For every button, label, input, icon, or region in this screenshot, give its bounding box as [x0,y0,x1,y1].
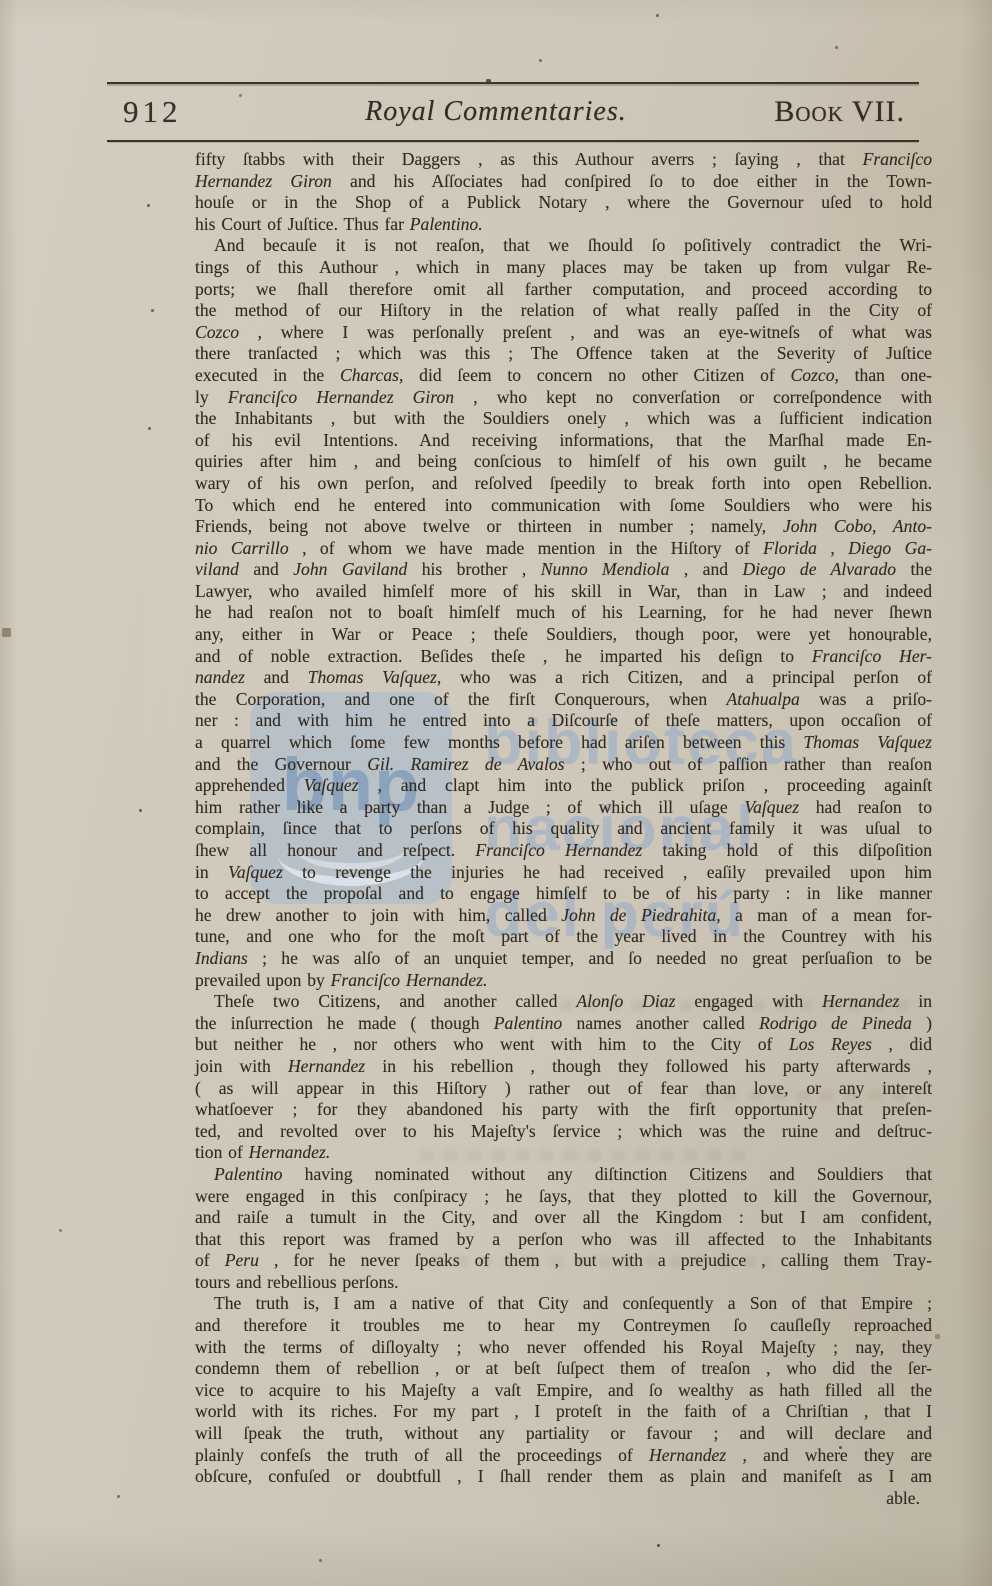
text-line: any, either in War or Peace ; theſe Soul… [195,624,932,646]
text-line: fifty ſtabbs with their Daggers , as thi… [195,149,932,171]
body-text: fifty ſtabbs with their Daggers , as thi… [195,149,932,1509]
text-line: ner : and with him he entred into a Diſc… [195,710,932,732]
text-line: Friends, being not above twelve or thirt… [195,516,932,538]
text-line: ( as will appear in this Hiſtory ) rathe… [195,1078,932,1100]
text-line: nio Carrillo , of whom we have made ment… [195,538,932,560]
text-line: him rather like a party than a Judge ; o… [195,797,932,819]
text-line: with the terms of diſloyalty ; who never… [195,1337,932,1359]
text-line: the Corporation, and one of the firſt Co… [195,689,932,711]
text-line: and the Governour Gil. Ramirez de Avalos… [195,754,932,776]
text-line: world with its riches. For my part , I p… [195,1401,932,1423]
text-line: tion of Hernandez. [195,1142,932,1164]
paragraph: The truth is, I am a native of that City… [195,1293,932,1487]
text-line: Indians ; he was alſo of an unquiet temp… [195,948,932,970]
text-line: And becauſe it is not reaſon, that we ſh… [195,235,932,257]
running-title: Royal Commentaries. [365,96,627,128]
text-line: the Inhabitants , but with the Souldiers… [195,408,932,430]
text-line: executed in the Charcas, did ſeem to con… [195,365,932,387]
text-line: of his evil Intentions. And receiving in… [195,430,932,452]
text-line: but neither he , nor others who went wit… [195,1034,932,1056]
text-line: and therefore it troubles me to hear my … [195,1315,932,1337]
header-rule-top [107,82,919,84]
text-line: prevailed upon by Franciſco Hernandez. [195,970,932,992]
text-line: complain, ſince that to perſons of his q… [195,818,932,840]
text-line: join with Hernandez in his rebellion , t… [195,1056,932,1078]
text-line: Lawyer, who availed himſelf more of his … [195,581,932,603]
paragraph: Theſe two Citizens, and another called A… [195,991,932,1164]
text-line: apprehended Vaſquez , and clapt him into… [195,775,932,797]
text-line: vice to acquire to his Majeſty a vaſt Em… [195,1380,932,1402]
text-line: there tranſacted ; which was this ; The … [195,343,932,365]
paper-specks [0,0,1,1]
text-line: tune, and one who for the moſt part of t… [195,926,932,948]
text-line: in Vaſquez to revenge the injuries he ha… [195,862,932,884]
text-line: to accept the propoſal and to engage him… [195,883,932,905]
text-line: he drew another to join with him, called… [195,905,932,927]
text-line: he had reaſon not to boaſt himſelf much … [195,602,932,624]
text-line: Palentino having nominated without any d… [195,1164,932,1186]
text-line: Cozco , where I was perſonally preſent ,… [195,322,932,344]
text-line: tours and rebellious perſons. [195,1272,932,1294]
text-line: a quarrel which ſome few months before h… [195,732,932,754]
text-line: viland and John Gaviland his brother , N… [195,559,932,581]
text-line: tings of this Authour , which in many pl… [195,257,932,279]
text-line: Theſe two Citizens, and another called A… [195,991,932,1013]
text-line: quiries after him , and being conſcious … [195,451,932,473]
text-line: To which end he entered into communicati… [195,495,932,517]
book-page-scan: 912 Royal Commentaries. Book VII. bnp bi… [0,0,992,1586]
text-line: obſcure, confuſed or doubtfull , I ſhall… [195,1466,932,1488]
text-line: his Court of Juſtice. Thus far Palentino… [195,214,932,236]
book-label: Book VII. [774,95,905,129]
text-line: and of noble extraction. Beſides theſe ,… [195,646,932,668]
text-line: Hernandez Giron and his Aſſociates had c… [195,171,932,193]
text-line: The truth is, I am a native of that City… [195,1293,932,1315]
text-line: were engaged in this conſpiracy ; he ſay… [195,1186,932,1208]
text-line: ted, and revolted over to his Majeſty's … [195,1121,932,1143]
paragraph: fifty ſtabbs with their Daggers , as thi… [195,149,932,235]
text-line: the inſurrection he made ( though Palent… [195,1013,932,1035]
text-line: nandez and Thomas Vaſquez, who was a ric… [195,667,932,689]
text-line: ſhew all honour and reſpect. Franciſco H… [195,840,932,862]
text-line: wary of his own perſon, and reſolved ſpe… [195,473,932,495]
catchword: able. [195,1488,932,1510]
text-line: plainly confeſs the truth of all the pro… [195,1445,932,1467]
paragraph: And becauſe it is not reaſon, that we ſh… [195,235,932,991]
header-rule-bottom [107,140,919,142]
text-line: of Peru , for he never ſpeaks of them , … [195,1250,932,1272]
page-header: 912 Royal Commentaries. Book VII. [107,86,919,138]
text-line: ly Franciſco Hernandez Giron , who kept … [195,387,932,409]
text-line: whatſoever ; for they abandoned his part… [195,1099,932,1121]
text-line: condemn them of rebellion , or at beſt ſ… [195,1358,932,1380]
text-line: and raiſe a tumult in the City, and over… [195,1207,932,1229]
paragraph: Palentino having nominated without any d… [195,1164,932,1294]
text-line: houſe or in the Shop of a Publick Notary… [195,192,932,214]
text-line: the method of our Hiſtory in the relatio… [195,300,932,322]
text-line: will ſpeak the truth, without any partia… [195,1423,932,1445]
text-line: that this report was framed by a perſon … [195,1229,932,1251]
page-number: 912 [123,94,182,130]
text-line: ports; we ſhall therefore omit all farth… [195,279,932,301]
